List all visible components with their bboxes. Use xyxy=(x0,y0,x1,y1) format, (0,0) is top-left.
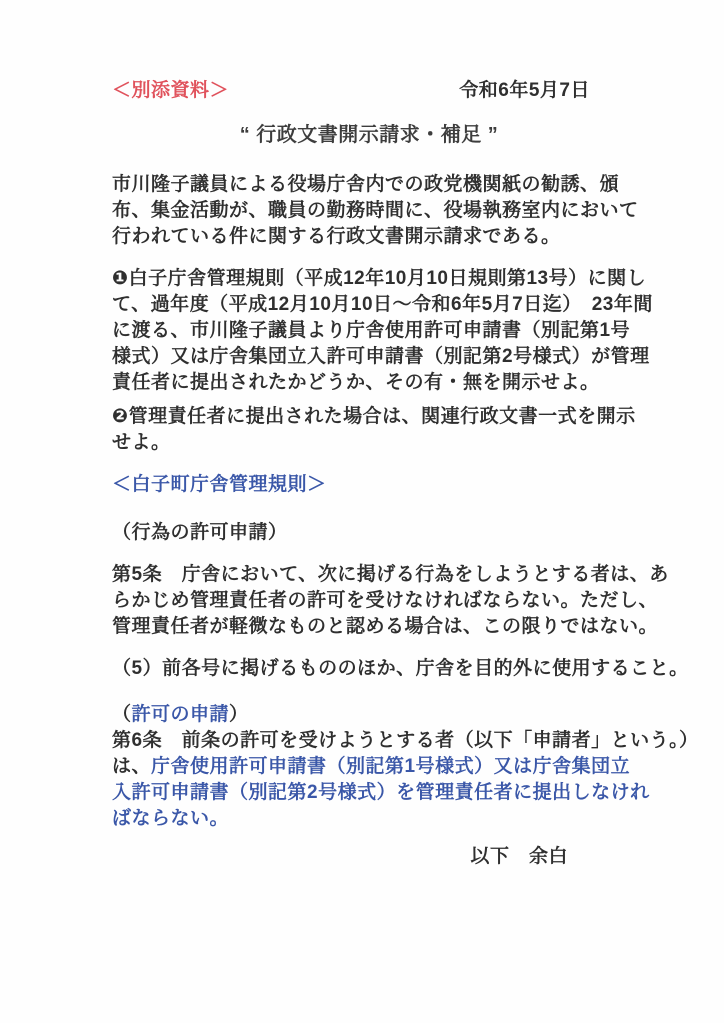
article6-caption-close-paren: ） xyxy=(229,704,249,725)
request-item-2: ❷管理責任者に提出された場合は、関連行政文書一式を開示 せよ。 xyxy=(112,404,626,456)
article6-caption: （許可の申請） xyxy=(112,702,626,728)
article6-body-blue-segment: 庁舎使用許可申請書（別記第1号様式）又は庁舎集団立 入許可申請書（別記第2号様式… xyxy=(112,756,650,829)
article5-caption: （行為の許可申請） xyxy=(112,520,626,546)
attachment-label: ＜別添資料＞ xyxy=(112,78,229,104)
article5-clause5: （5）前各号に掲げるもののほか、庁舎を目的外に使用すること。 xyxy=(112,656,626,682)
intro-paragraph: 市川隆子議員による役場庁舎内での政党機関紙の勧誘、頒 布、集金活動が、職員の勤務… xyxy=(112,172,626,250)
request-item-1: ❶白子庁舎管理規則（平成12年10月10日規則第13号）に関し て、過年度（平成… xyxy=(112,266,626,396)
document-date: 令和6年5月7日 xyxy=(459,78,626,104)
article6-body: 第6条 前条の許可を受けようとする者（以下「申請者」という。） は、庁舎使用許可… xyxy=(112,728,626,832)
article6-caption-text: 許可の申請 xyxy=(132,704,230,725)
article5-body: 第5条 庁舎において、次に掲げる行為をしようとする者は、あ らかじめ管理責任者の… xyxy=(112,562,626,640)
scanned-document-page: ＜別添資料＞ 令和6年5月7日 “ 行政文書開示請求・補足 ” 市川隆子議員によ… xyxy=(0,0,724,1023)
document-header: ＜別添資料＞ 令和6年5月7日 xyxy=(112,78,626,104)
document-title: “ 行政文書開示請求・補足 ” xyxy=(112,122,626,148)
regulation-heading: ＜白子町庁舎管理規則＞ xyxy=(112,472,626,498)
margin-note: 以下 余白 xyxy=(112,844,626,870)
article6-caption-open-paren: （ xyxy=(112,704,132,725)
